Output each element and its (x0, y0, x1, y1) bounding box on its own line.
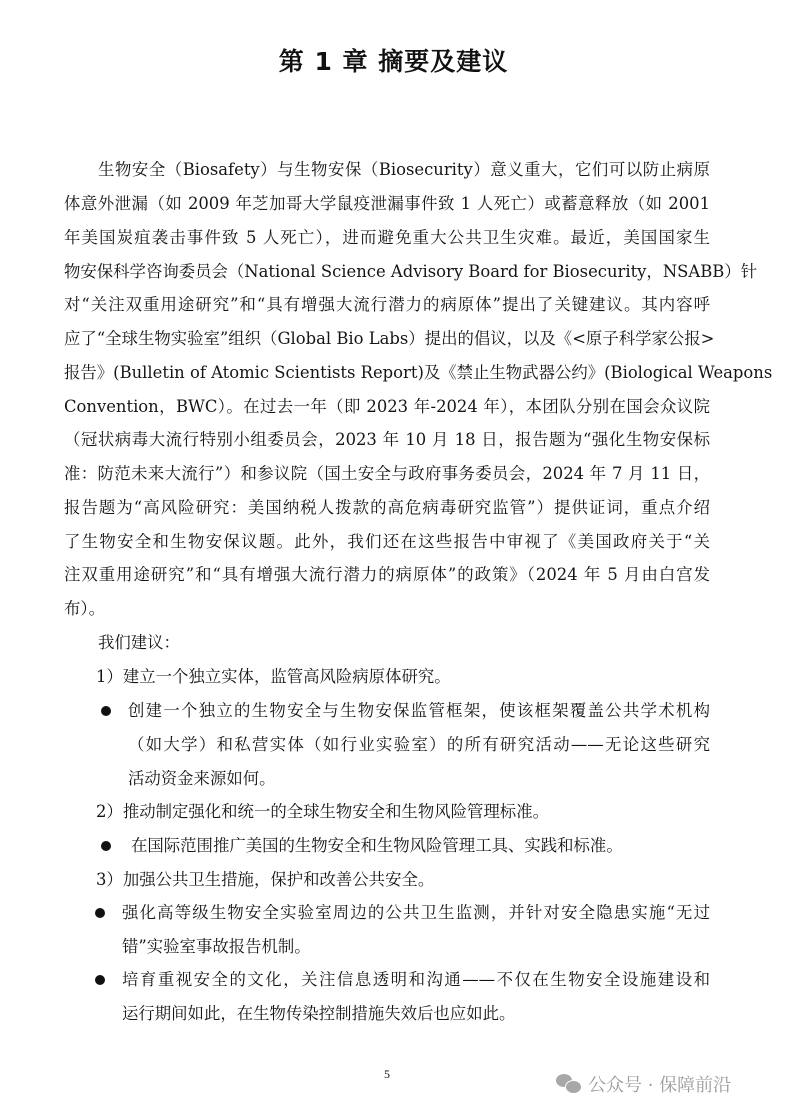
paragraph-line: Convention，BWC）。在过去一年（即 2023 年-2024 年），本… (64, 390, 710, 424)
bullet-icon (95, 908, 105, 918)
bullet-line: 运行期间如此，在生物传染控制措施失效后也应如此。 (122, 997, 710, 1031)
paragraph-line: 应了“全球生物实验室”组织（Global Bio Labs）提出的倡议，以及《<… (64, 322, 710, 356)
recommendations-intro: 我们建议： (98, 626, 710, 660)
paragraph-line: （冠状病毒大流行特别小组委员会，2023 年 10 月 18 日，报告题为“强化… (64, 423, 710, 457)
paragraph-line: 了生物安全和生物安保议题。此外，我们还在这些报告中审视了《美国政府关于“关 (64, 525, 710, 559)
bullet-line: 在国际范围推广美国的生物安全和生物风险管理工具、实践和标准。 (131, 829, 713, 863)
bullet-line: 强化高等级生物安全实验室周边的公共卫生监测，并针对安全隐患实施“无过 (122, 896, 710, 930)
paragraph-line: 体意外泄漏（如 2009 年芝加哥大学鼠疫泄漏事件致 1 人死亡）或蓄意释放（如… (64, 187, 710, 221)
bullet-icon (101, 841, 111, 851)
paragraph-line: 报告》(Bulletin of Atomic Scientists Report… (64, 356, 710, 390)
paragraph-line: 生物安全（Biosafety）与生物安保（Biosecurity）意义重大，它们… (98, 153, 710, 187)
recommendation-heading: 3）加强公共卫生措施，保护和改善公共安全。 (96, 863, 710, 897)
bullet-line: 创建一个独立的生物安全与生物安保监管框架，使该框架覆盖公共学术机构 (128, 694, 710, 728)
bullet-icon (95, 975, 105, 985)
page-number: 5 (384, 1067, 390, 1082)
paragraph-line: 布）。 (64, 592, 710, 626)
watermark: 公众号 · 保障前沿 (556, 1070, 731, 1098)
chapter-title: 第 1 章 摘要及建议 (0, 42, 787, 78)
paragraph-line: 准：防范未来大流行”）和参议院（国土安全与政府事务委员会，2024 年 7 月 … (64, 457, 710, 491)
wechat-icon (556, 1073, 582, 1095)
watermark-text: 公众号 · 保障前沿 (588, 1071, 731, 1097)
bullet-line: 错”实验室事故报告机制。 (122, 930, 710, 964)
paragraph-line: 注双重用途研究”和“具有增强大流行潜力的病原体”的政策》（2024 年 5 月由… (64, 558, 710, 592)
paragraph-line: 物安保科学咨询委员会（National Science Advisory Boa… (64, 255, 710, 289)
paragraph-line: 年美国炭疽袭击事件致 5 人死亡），进而避免重大公共卫生灾难。最近，美国国家生 (64, 221, 710, 255)
paragraph-line: 报告题为“高风险研究：美国纳税人拨款的高危病毒研究监管”）提供证词，重点介绍 (64, 491, 710, 525)
bullet-line: （如大学）和私营实体（如行业实验室）的所有研究活动——无论这些研究 (128, 728, 710, 762)
bullet-icon (101, 706, 111, 716)
bullet-line: 培育重视安全的文化，关注信息透明和沟通——不仅在生物安全设施建设和 (122, 963, 710, 997)
recommendation-heading: 1）建立一个独立实体，监管高风险病原体研究。 (96, 660, 710, 694)
paragraph-line: 对“关注双重用途研究”和“具有增强大流行潜力的病原体”提出了关键建议。其内容呼 (64, 288, 710, 322)
bullet-line: 活动资金来源如何。 (128, 762, 710, 796)
recommendation-heading: 2）推动制定强化和统一的全球生物安全和生物风险管理标准。 (96, 795, 710, 829)
